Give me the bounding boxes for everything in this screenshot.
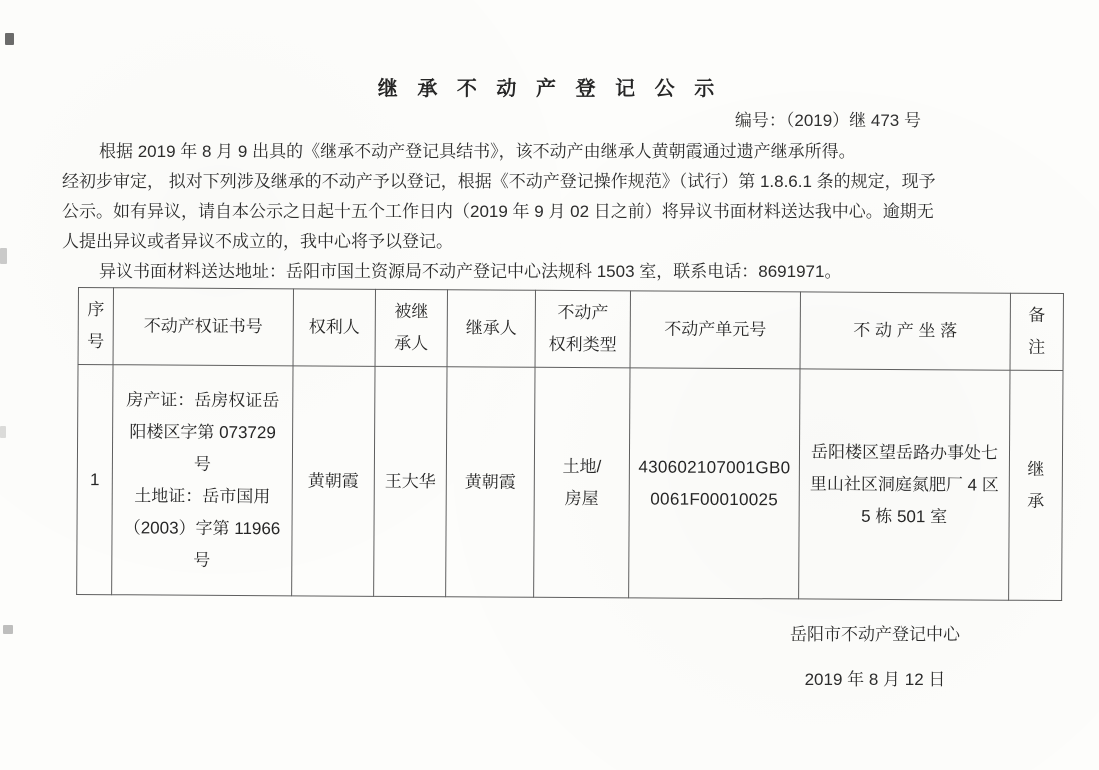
cell-right-holder: 黄朝霞 — [292, 366, 375, 596]
col-header-seq: 序 号 — [78, 288, 113, 365]
notice-body: 根据 2019 年 8 月 9 出具的《继承不动产登记具结书》，该不动产由继承人… — [62, 137, 1047, 287]
signature-block: 岳阳市不动产登记中心 2019 年 8 月 12 日 — [715, 620, 1035, 690]
cell-seq: 1 — [77, 365, 113, 595]
issuing-org: 岳阳市不动产登记中心 — [715, 620, 1035, 645]
page-title: 继 承 不 动 产 登 记 公 示 — [0, 72, 1099, 101]
body-line: 人提出异议或者异议不成立的，我中心将予以登记。 — [62, 227, 1047, 257]
col-header-right-holder: 权利人 — [293, 289, 375, 366]
body-line: 公示。如有异议，请自本公示之日起十五个工作日内（2019 年 9 月 02 日之… — [62, 197, 1047, 227]
scan-artifact — [3, 625, 13, 634]
table-header-row: 序 号 不动产权证书号 权利人 被继 承人 继承人 不动产 权利类型 不动产单元… — [78, 288, 1063, 371]
cell-right-type: 土地/ 房屋 — [534, 367, 630, 598]
col-header-cert-no: 不动产权证书号 — [113, 288, 293, 366]
scan-artifact — [0, 426, 6, 438]
col-header-heir: 继承人 — [447, 290, 535, 368]
issue-date: 2019 年 8 月 12 日 — [715, 665, 1035, 690]
cell-decedent: 王大华 — [374, 366, 447, 596]
col-header-decedent: 被继 承人 — [375, 289, 447, 366]
body-line: 根据 2019 年 8 月 9 出具的《继承不动产登记具结书》，该不动产由继承人… — [62, 137, 1047, 167]
col-header-remark: 备 注 — [1010, 293, 1063, 370]
cell-cert-no: 房产证：岳房权证岳 阳楼区字第 073729 号 土地证：岳市国用 （2003）… — [112, 365, 293, 596]
table-row: 1 房产证：岳房权证岳 阳楼区字第 073729 号 土地证：岳市国用 （200… — [77, 365, 1063, 601]
cell-remark: 继 承 — [1009, 370, 1063, 600]
scan-artifact — [0, 248, 7, 264]
cell-heir: 黄朝霞 — [446, 367, 535, 598]
notice-table: 序 号 不动产权证书号 权利人 被继 承人 继承人 不动产 权利类型 不动产单元… — [76, 287, 1064, 601]
scanned-notice-page: 继 承 不 动 产 登 记 公 示 编号：（2019）继 473 号 根据 20… — [0, 0, 1099, 770]
body-line: 异议书面材料送达地址：岳阳市国土资源局不动产登记中心法规科 1503 室，联系电… — [62, 257, 1047, 287]
body-line: 经初步审定， 拟对下列涉及继承的不动产予以登记，根据《不动产登记操作规范》（试行… — [62, 167, 1047, 197]
col-header-unit-no: 不动产单元号 — [630, 291, 800, 369]
cell-location: 岳阳楼区望岳路办事处七 里山社区洞庭氮肥厂 4 区 5 栋 501 室 — [799, 369, 1010, 600]
cell-unit-no: 430602107001GB0 0061F00010025 — [629, 368, 800, 599]
scan-artifact — [5, 33, 14, 45]
col-header-right-type: 不动产 权利类型 — [535, 290, 630, 368]
col-header-location: 不 动 产 坐 落 — [800, 292, 1010, 370]
doc-number: 编号：（2019）继 473 号 — [0, 106, 1099, 131]
